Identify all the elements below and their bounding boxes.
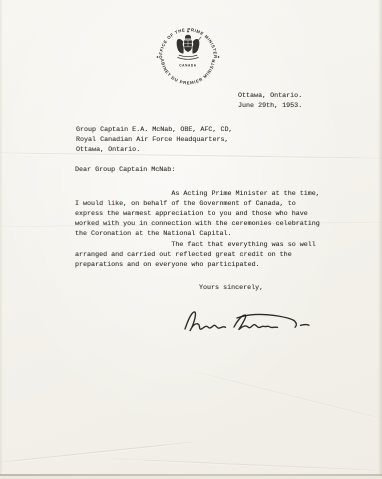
prime-minister-seal: OFFICE OF THE PRIME MINISTER CABINET DU … xyxy=(151,20,225,94)
scanned-letter: OFFICE OF THE PRIME MINISTER CABINET DU … xyxy=(0,0,382,479)
seal-separator-dot xyxy=(157,56,159,58)
body-paragraph-2: The fact that everything was so well arr… xyxy=(75,240,316,270)
paper-crease xyxy=(110,458,380,471)
paper-crease xyxy=(193,371,382,420)
signature-handwriting xyxy=(180,301,314,339)
seal-canada-label: CANADA xyxy=(179,64,197,68)
letter-paper: OFFICE OF THE PRIME MINISTER CABINET DU … xyxy=(0,0,382,479)
seal-separator-dot xyxy=(218,56,220,58)
paper-left-edge-shadow xyxy=(0,0,3,479)
royal-arms-icon xyxy=(177,30,201,59)
dateline: Ottawa, Ontario. June 29th, 1953. xyxy=(238,91,302,111)
closing-line: Yours sincerely, xyxy=(199,283,263,293)
body-paragraph-1: As Acting Prime Minister at the time, I … xyxy=(75,189,320,239)
salutation: Dear Group Captain McNab: xyxy=(75,165,175,175)
recipient-address: Group Captain E.A. McNab, OBE, AFC, CD, … xyxy=(76,125,233,155)
paper-right-edge-shadow xyxy=(378,0,382,479)
